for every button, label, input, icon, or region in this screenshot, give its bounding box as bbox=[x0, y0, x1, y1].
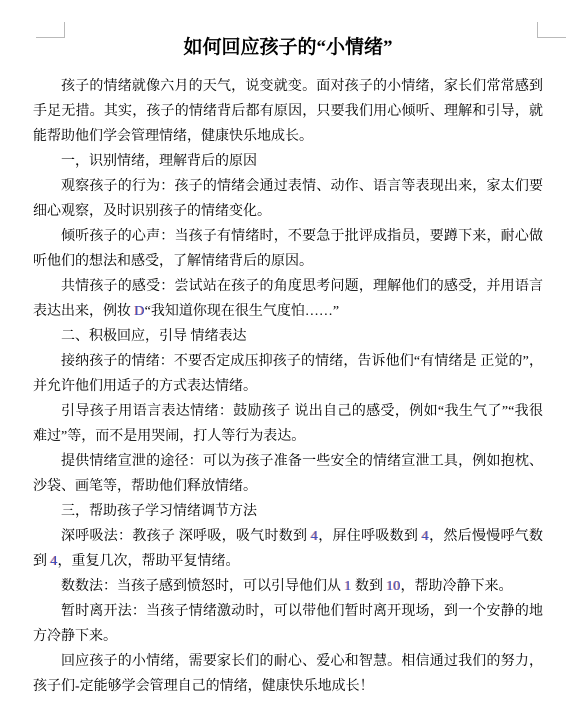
document-page: 如何回应孩子的“小情绪” 孩子的情绪就像六月的天气，说变就变。面对孩子的小情绪，… bbox=[0, 0, 575, 722]
margin-corner-mark-top-left bbox=[36, 22, 65, 38]
latin-run: 10 bbox=[387, 579, 401, 594]
page-content: 如何回应孩子的“小情绪” 孩子的情绪就像六月的天气，说变就变。面对孩子的小情绪，… bbox=[0, 0, 575, 699]
paragraph: 深呼吸法：教孩子 深呼吸，吸气时数到 4，屏住呼吸数到 4，然后慢慢呼气数到 4… bbox=[33, 524, 543, 574]
latin-run: 4 bbox=[311, 529, 318, 544]
paragraph: 提供情绪宣泄的途径：可以为孩子准备一些安全的情绪宣泄工具，例如抱枕、沙袋、画笔等… bbox=[33, 449, 543, 499]
paragraph: 孩子的情绪就像六月的天气，说变就变。面对孩子的小情绪，家长们常常感到手足无措。其… bbox=[33, 74, 543, 149]
paragraph: 一，识别情绪，理解背后的原因 bbox=[33, 149, 543, 174]
document-title: 如何回应孩子的“小情绪” bbox=[33, 34, 543, 62]
latin-run: 4 bbox=[422, 529, 429, 544]
latin-run: D bbox=[135, 304, 145, 319]
paragraph: 数数法：当孩子感到愤怒时，可以引导他们从 1 数到 10，帮助冷静下来。 bbox=[33, 574, 543, 599]
paragraph: 三，帮助孩子学习情绪调节方法 bbox=[33, 499, 543, 524]
paragraph: 倾听孩子的心声：当孩子有情绪时，不要急于批评成指员，要蹲下来，耐心做听他们的想法… bbox=[33, 224, 543, 274]
paragraph: 二、积极回应，引导 情绪表达 bbox=[33, 324, 543, 349]
document-body: 孩子的情绪就像六月的天气，说变就变。面对孩子的小情绪，家长们常常感到手足无措。其… bbox=[33, 74, 543, 699]
margin-corner-mark-top-right bbox=[537, 22, 566, 38]
paragraph: 观察孩子的行为：孩子的情绪会通过表情、动作、语言等表现出来，家太们要细心观察，及… bbox=[33, 174, 543, 224]
latin-run: 4 bbox=[51, 554, 58, 569]
paragraph: 引导孩子用语言表达情绪：鼓励孩子 说出自己的感受，例如“我生气了”“我很难过”等… bbox=[33, 399, 543, 449]
paragraph: 共情孩子的感受：尝试站在孩子的角度思考问题，理解他们的感受，并用语言表达出来，例… bbox=[33, 274, 543, 324]
paragraph: 回应孩子的小情绪，需要家长们的耐心、爱心和智慧。相信通过我们的努力，孩子们-定能… bbox=[33, 649, 543, 699]
latin-run: 1 bbox=[345, 579, 352, 594]
paragraph: 接纳孩子的情绪：不要否定成压抑孩子的情绪，告诉他们“有情绪是 正觉的”，并允许他… bbox=[33, 349, 543, 399]
paragraph: 暂时离开法：当孩子情绪激动时，可以带他们暂时离开现场，到一个安静的地方冷静下来。 bbox=[33, 599, 543, 649]
